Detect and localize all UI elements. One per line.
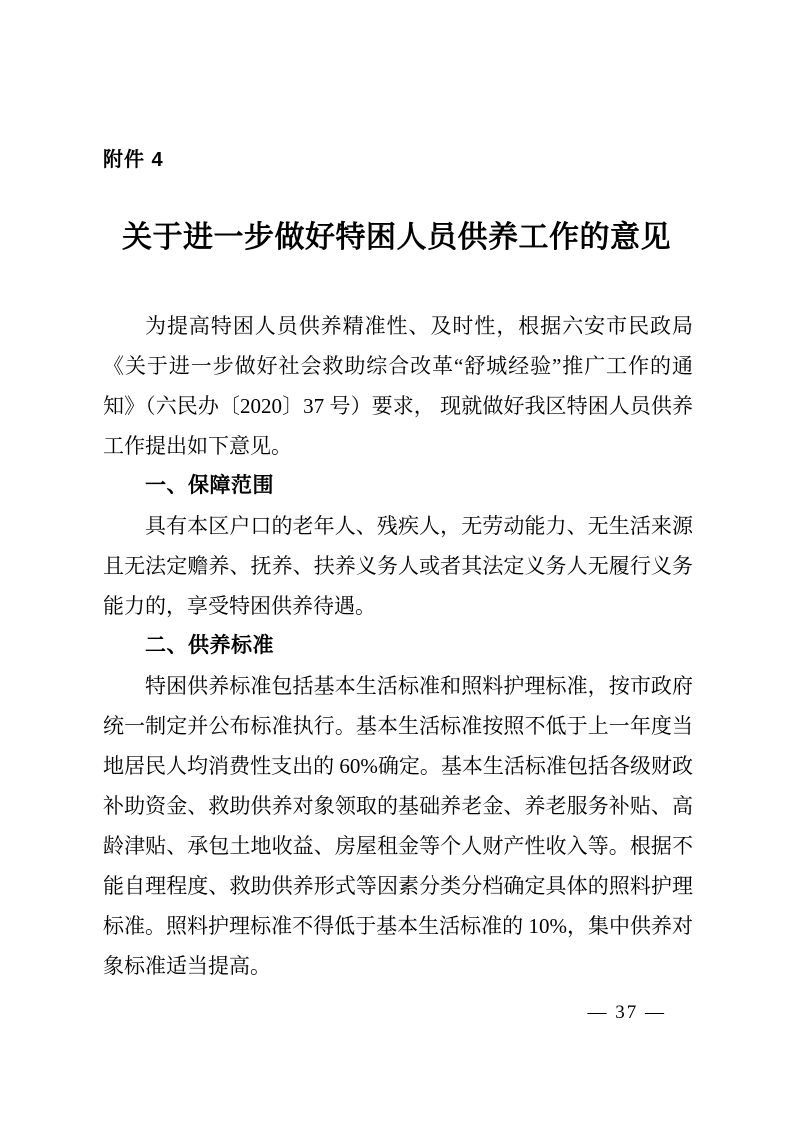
document-title: 关于进一步做好特困人员供养工作的意见 [0,218,793,258]
attachment-label: 附件 4 [103,146,164,174]
document-page: 附件 4 关于进一步做好特困人员供养工作的意见 为提高特困人员供养精准性、及时性… [0,0,793,1122]
paragraph-scope: 具有本区户口的老年人、残疾人，无劳动能力、无生活来源且无法定赡养、抚养、扶养义务… [103,506,693,626]
paragraph-standard: 特困供养标准包括基本生活标准和照料护理标准，按市政府统一制定并公布标准执行。基本… [103,666,693,986]
section-heading-standard: 二、供养标准 [103,626,693,666]
document-body: 为提高特困人员供养精准性、及时性，根据六安市民政局《关于进一步做好社会救助综合改… [103,306,693,986]
section-heading-scope: 一、保障范围 [103,466,693,506]
paragraph-intro: 为提高特困人员供养精准性、及时性，根据六安市民政局《关于进一步做好社会救助综合改… [103,306,693,466]
page-number: — 37 — [588,1000,667,1026]
